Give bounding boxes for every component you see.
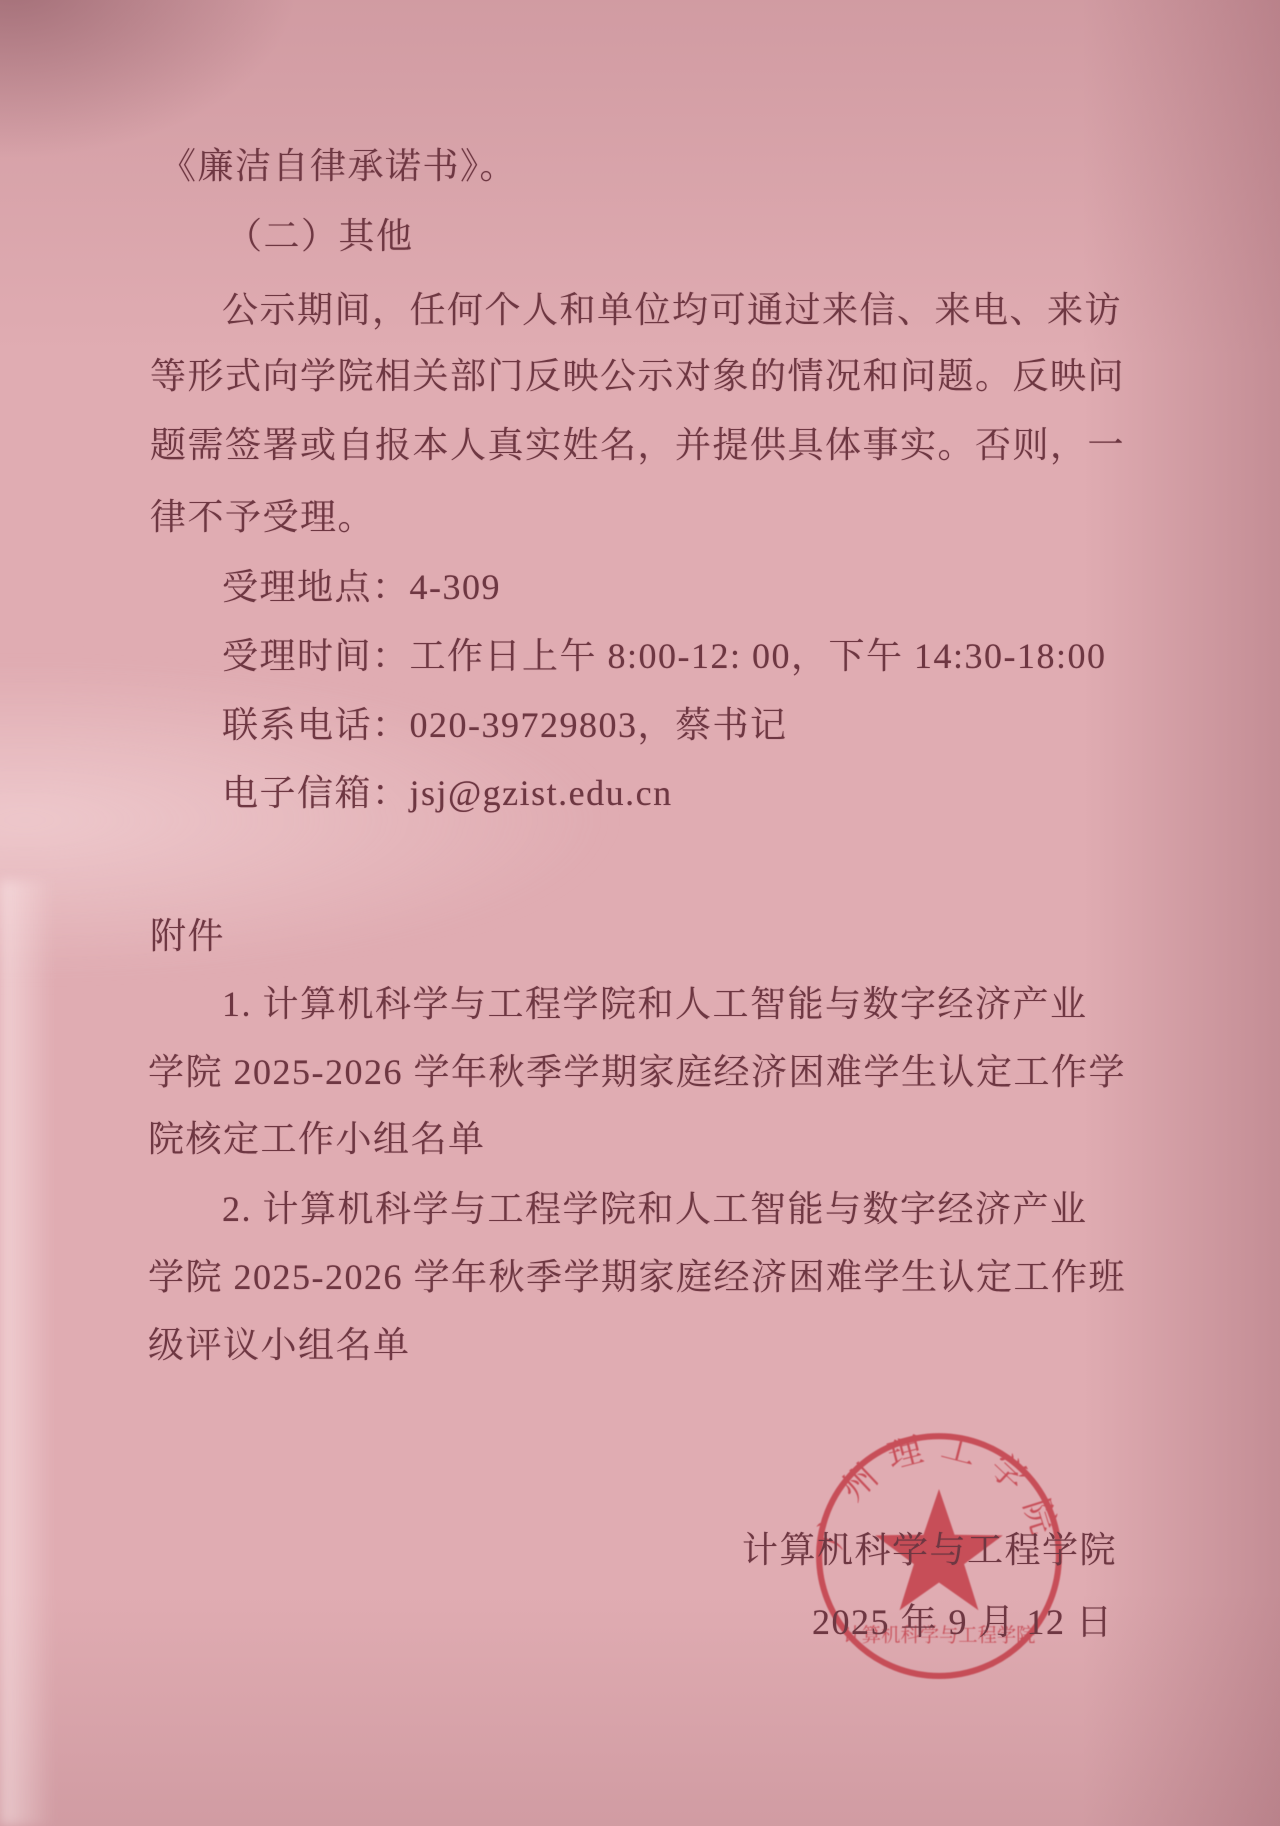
section-heading: （二）其他 [226,216,414,257]
promise-line: 《廉洁自律承诺书》。 [160,146,517,187]
contact-phone-line: 联系电话：020-39729803，蔡书记 [222,705,788,746]
body-line: 题需签署或自报本人真实姓名，并提供具体事实。否则，一 [150,425,1125,466]
document-page: 《廉洁自律承诺书》。 （二）其他 公示期间，任何个人和单位均可通过来信、来电、来… [0,0,1280,1826]
contact-location-line: 受理地点：4-309 [222,567,501,608]
attachment-2-line: 学院 2025-2026 学年秋季学期家庭经济困难学生认定工作班 [148,1257,1126,1298]
lighting-overlay-left-edge [0,880,54,1826]
body-line: 等形式向学院相关部门反映公示对象的情况和问题。反映问 [150,356,1125,397]
contact-time-line: 受理时间：工作日上午 8:00-12: 00，下午 14:30-18:00 [222,636,1107,677]
date-line: 2025 年 9 月 12 日 [812,1602,1114,1643]
lighting-overlay-corner [0,0,300,160]
attachments-label: 附件 [150,916,225,957]
attachment-1-line: 1. 计算机科学与工程学院和人工智能与数字经济产业 [222,984,1088,1025]
signature-line: 计算机科学与工程学院 [742,1530,1117,1571]
body-line: 公示期间，任何个人和单位均可通过来信、来电、来访 [222,290,1122,331]
contact-email-line: 电子信箱：jsj@gzist.edu.cn [222,773,673,814]
body-line: 律不予受理。 [150,497,375,538]
attachment-2-line: 2. 计算机科学与工程学院和人工智能与数字经济产业 [222,1189,1088,1230]
attachment-1-line: 院核定工作小组名单 [148,1119,486,1160]
attachment-2-line: 级评议小组名单 [148,1325,411,1366]
attachment-1-line: 学院 2025-2026 学年秋季学期家庭经济困难学生认定工作学 [148,1052,1126,1093]
